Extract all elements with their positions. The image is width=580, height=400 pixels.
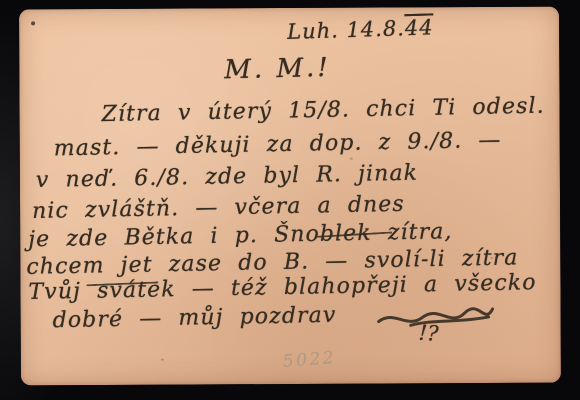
dateline: Luh. 14.8.44: [287, 15, 434, 44]
message-line: dobré — můj pozdrav: [52, 303, 336, 333]
message-line: mast. — děkuji za dop. z 9./8. —: [54, 128, 502, 162]
paper-speck: [350, 158, 353, 160]
paper-speck: [161, 359, 164, 361]
pencil-number: 5022: [282, 348, 337, 372]
message-line: Zítra v úterý 15/8. chci Ti odesl.: [101, 94, 545, 128]
salutation: M. M.!: [224, 53, 331, 85]
postcard: Luh. 14.8.44 M. M.! Zítra v úterý 15/8. …: [19, 7, 561, 386]
dateline-place-date: Luh. 14.8.: [287, 16, 405, 44]
signature-mark: !?: [418, 321, 439, 346]
dateline-year: 44: [405, 15, 434, 40]
message-line: v neď. 6./8. zde byl R. jinak: [36, 161, 419, 193]
ink-speck: [31, 21, 35, 25]
message-line: nic zvláštň. — včera a dnes: [32, 192, 405, 224]
